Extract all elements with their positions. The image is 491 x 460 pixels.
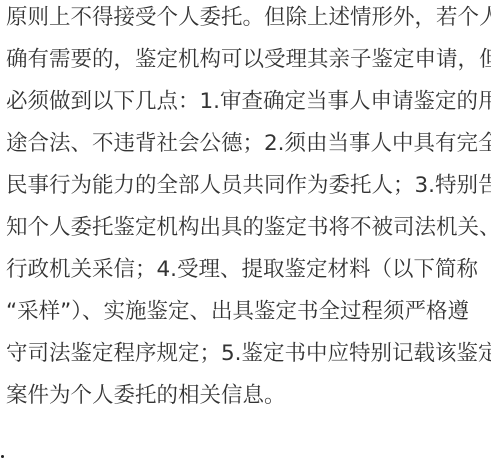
text-line: 知个人委托鉴定机构出具的鉴定书将不被司法机关、 bbox=[6, 207, 491, 249]
text-line: 途合法、不违背社会公德；2.须由当事人中具有完全 bbox=[6, 123, 491, 165]
text-line: 确有需要的，鉴定机构可以受理其亲子鉴定申请，但 bbox=[6, 39, 491, 81]
text-line: 原则上不得接受个人委托。但除上述情形外，若个人 bbox=[6, 0, 491, 39]
text-line: 守司法鉴定程序规定；5.鉴定书中应特别记载该鉴定 bbox=[6, 333, 491, 375]
bullet-dot bbox=[1, 455, 4, 458]
text-line: 行政机关采信；4.受理、提取鉴定材料（以下简称 bbox=[6, 249, 491, 291]
text-line: 案件为个人委托的相关信息。 bbox=[6, 375, 491, 417]
text-line: 必须做到以下几点：1.审查确定当事人申请鉴定的用 bbox=[6, 81, 491, 123]
text-line: “采样”）、实施鉴定、出具鉴定书全过程须严格遵 bbox=[6, 291, 491, 333]
document-body: 原则上不得接受个人委托。但除上述情形外，若个人 确有需要的，鉴定机构可以受理其亲… bbox=[6, 0, 491, 417]
text-line: 民事行为能力的全部人员共同作为委托人；3.特别告 bbox=[6, 165, 491, 207]
